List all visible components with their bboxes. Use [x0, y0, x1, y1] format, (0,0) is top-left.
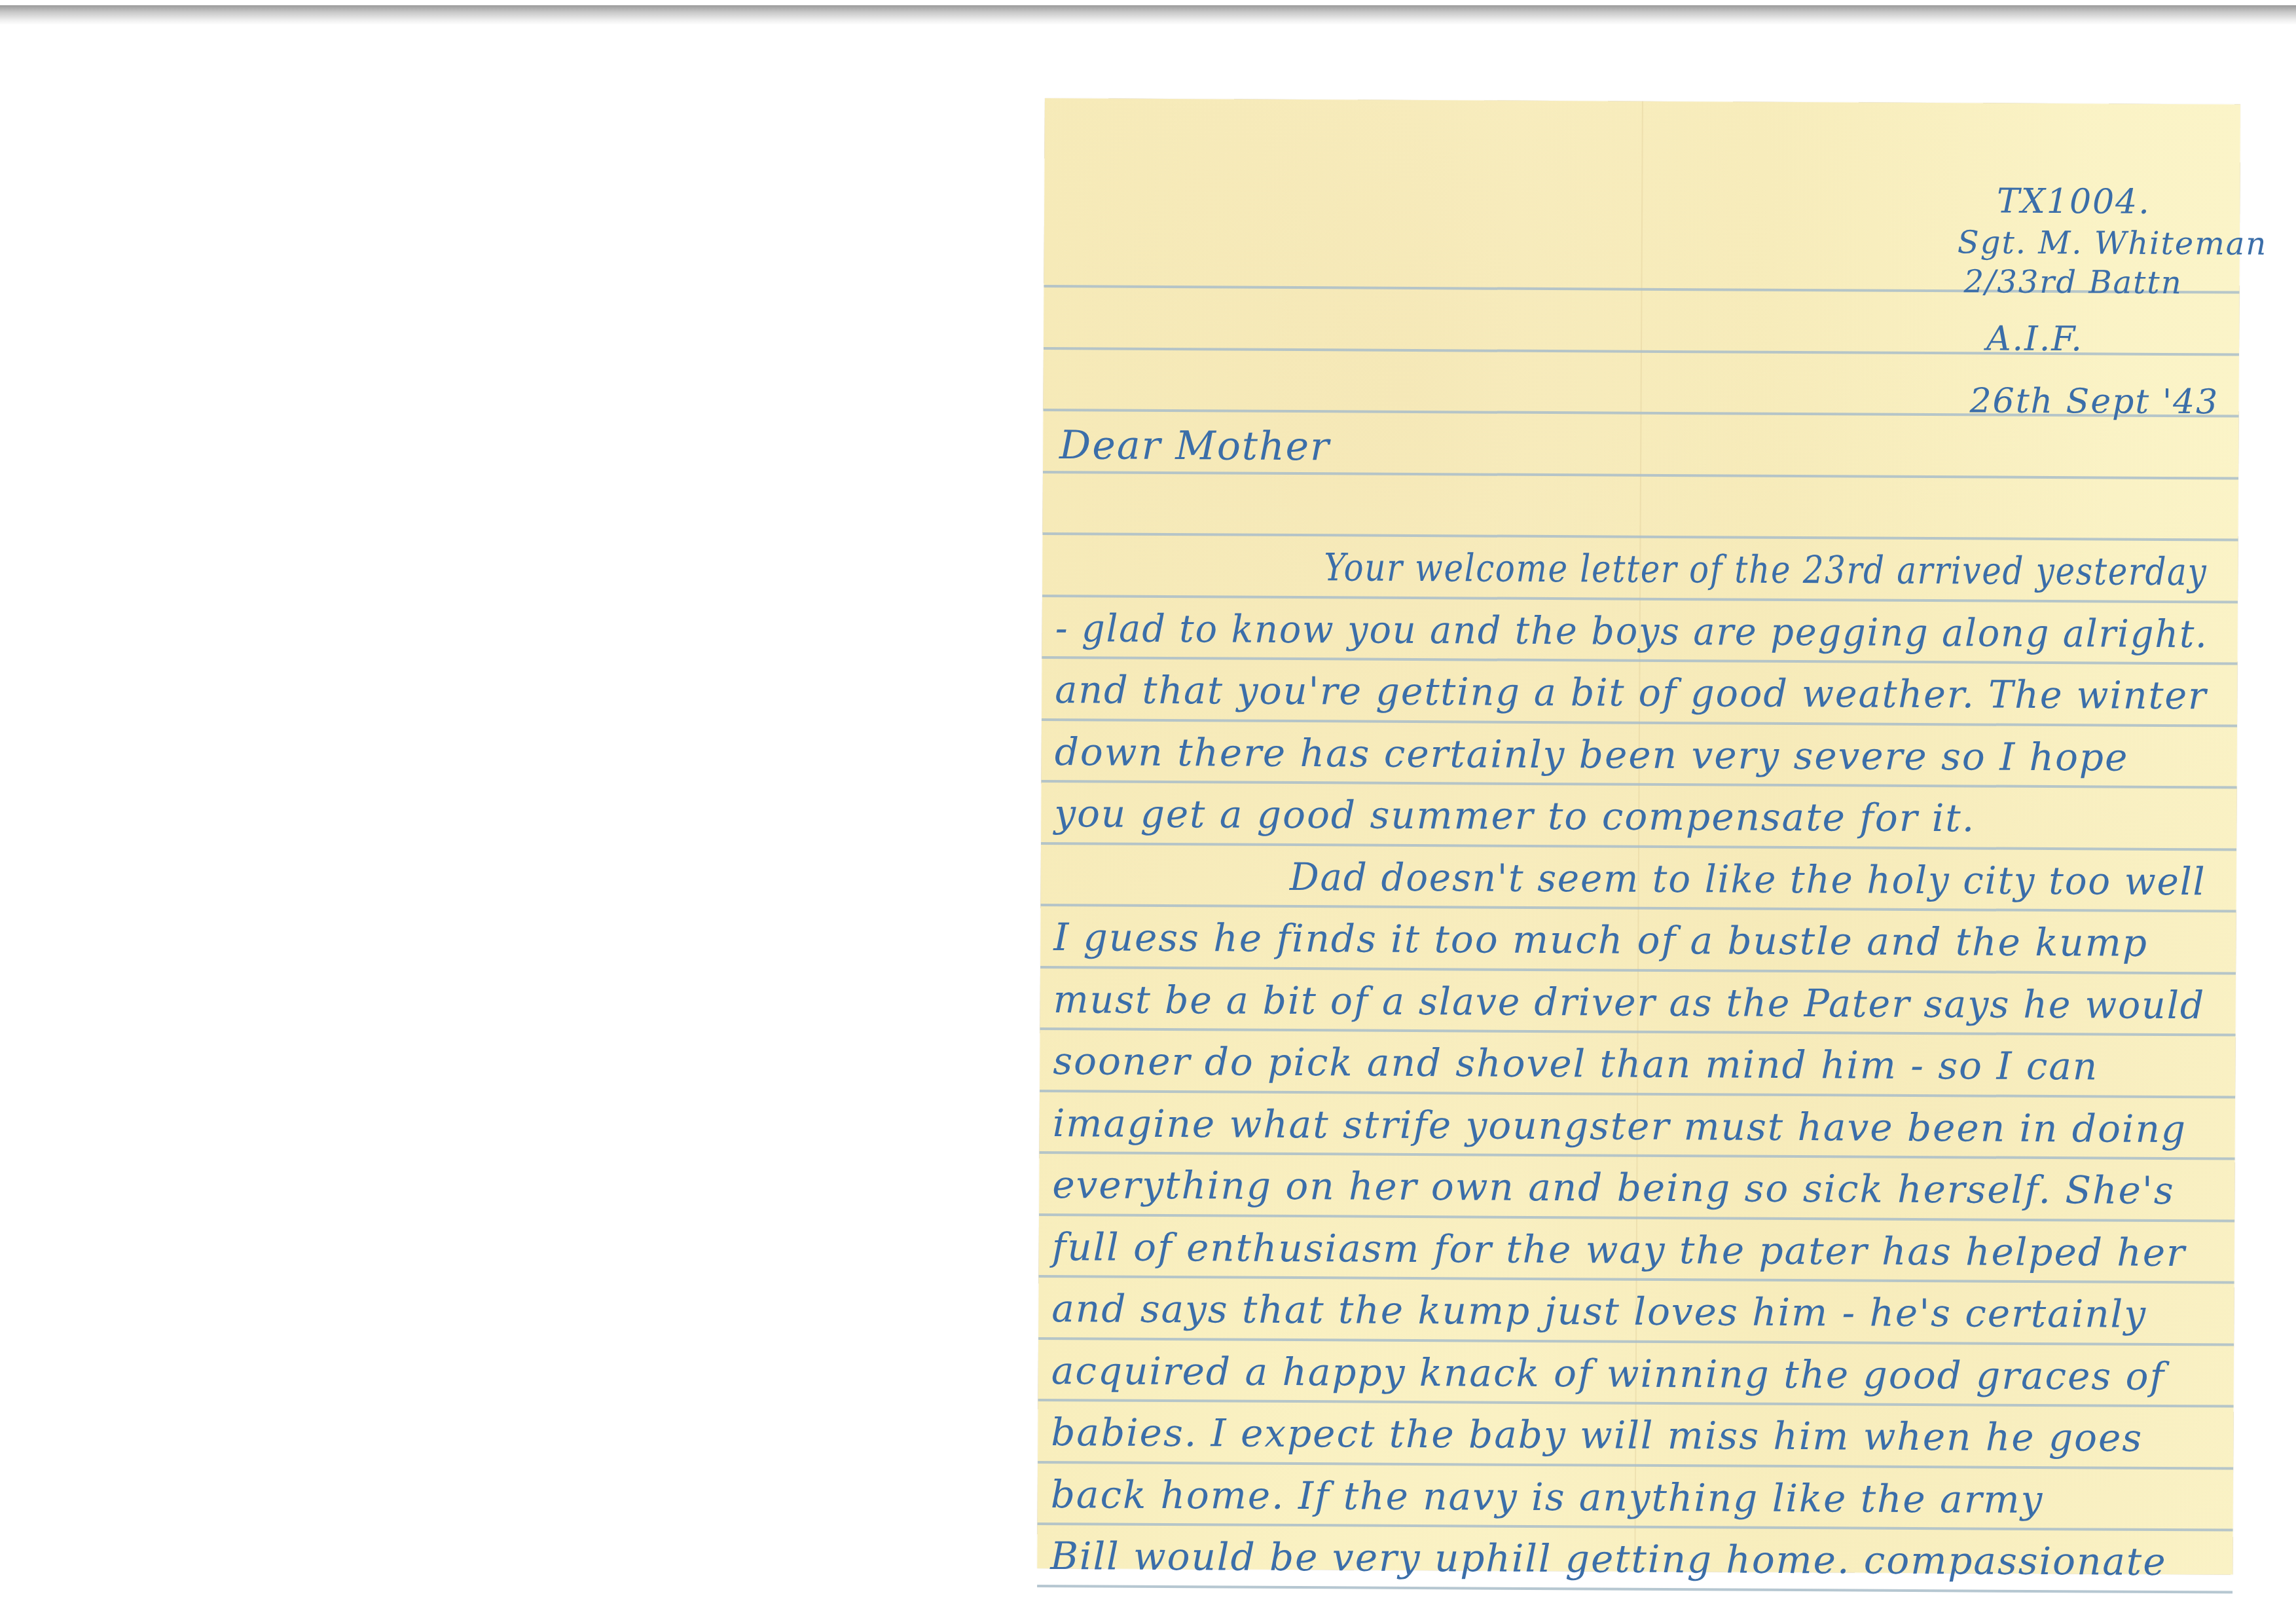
letter-line: you get a good summer to compensate for … [1054, 791, 1975, 840]
ruled-line [1037, 1584, 2232, 1593]
letter-line: and that you're getting a bit of good we… [1055, 667, 2207, 718]
letter-line: Dad doesn't seem to like the holy city t… [1290, 854, 2206, 903]
letter-line: full of enthusiasm for the way the pater… [1052, 1225, 2186, 1275]
letter-line: everything on her own and being so sick … [1052, 1162, 2175, 1213]
sender-name: Sgt. M. Whiteman [1958, 224, 2268, 262]
letter-line: imagine what strife youngster must have … [1053, 1101, 2187, 1151]
letter-line: I guess he finds it too much of a bustle… [1053, 915, 2148, 965]
sender-unit: 2/33rd Battn [1963, 263, 2182, 301]
letter-page: TX1004. Sgt. M. Whiteman 2/33rd Battn A.… [1037, 98, 2240, 1575]
letter-line: babies. I expect the baby will miss him … [1051, 1410, 2143, 1460]
letter-date: 26th Sept '43 [1969, 381, 2219, 422]
letter-line: down there has certainly been very sever… [1055, 729, 2129, 780]
letter-line: and says that the kump just loves him - … [1051, 1286, 2147, 1337]
letter-line: - glad to know you and the boys are pegg… [1055, 606, 2208, 656]
sender-force: A.I.F. [1986, 320, 2083, 360]
letter-line: sooner do pick and shovel than mind him … [1053, 1039, 2098, 1088]
letter-line: back home. If the navy is anything like … [1051, 1472, 2044, 1522]
letter-line: must be a bit of a slave driver as the P… [1053, 977, 2206, 1027]
letter-line: acquired a happy knack of winning the go… [1051, 1348, 2166, 1399]
scan-edge-shadow [0, 5, 2296, 25]
service-number: TX1004. [1997, 182, 2151, 222]
letter-line: Bill would be very uphill getting home. … [1050, 1534, 2167, 1584]
salutation: Dear Mother [1059, 422, 1330, 470]
letter-line: Your welcome letter of the 23rd arrived … [1324, 545, 2207, 594]
